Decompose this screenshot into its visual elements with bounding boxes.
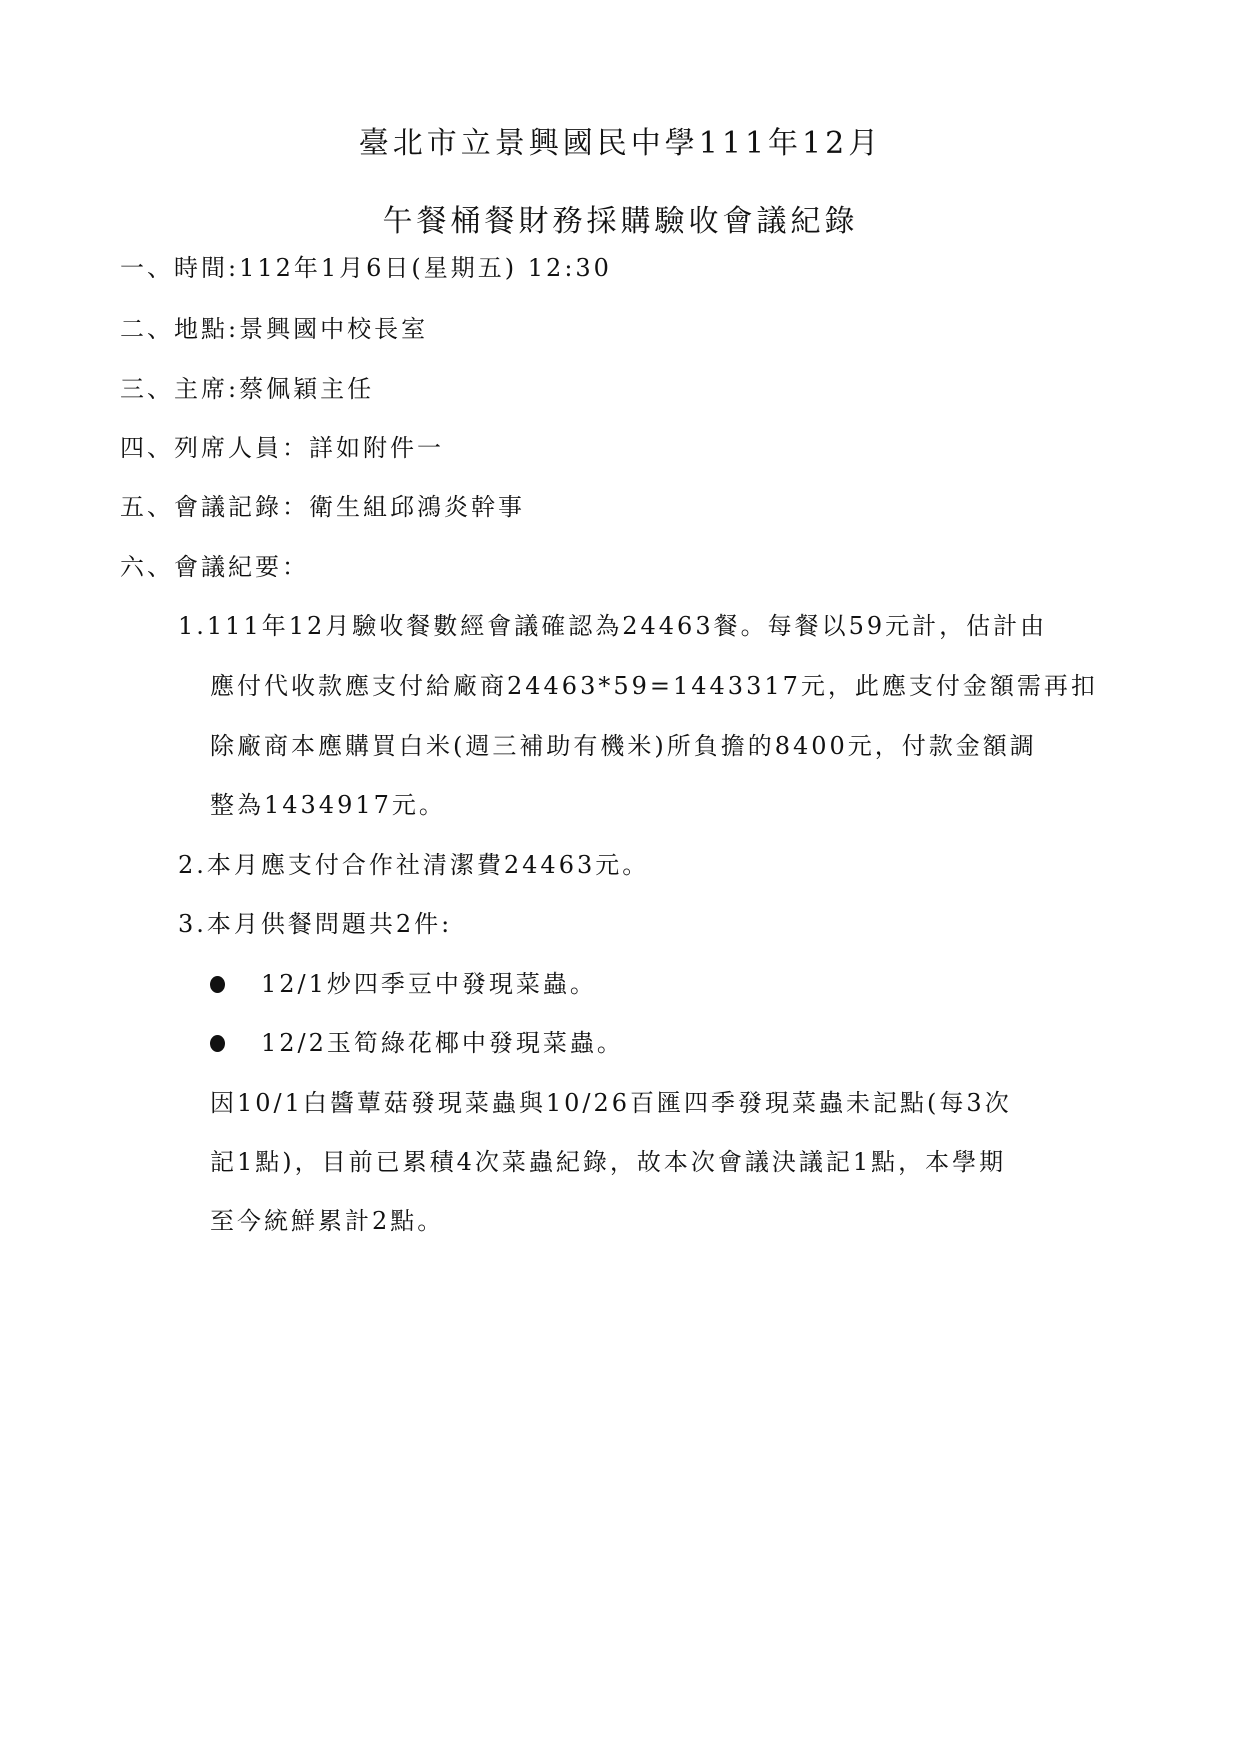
bullet-icon <box>210 1035 225 1052</box>
issue-bullet-2: 12/2玉筍綠花椰中發現菜蟲。 <box>210 1027 624 1059</box>
document-title-line2: 午餐桶餐財務採購驗收會議紀錄 <box>0 196 1241 240</box>
minutes-note-line1: 因10/1白醬蕈菇發現菜蟲與10/26百匯四季發現菜蟲未記點(每3次 <box>210 1087 1012 1119</box>
section-minutes-heading: 六、會議紀要： <box>120 551 309 583</box>
document-title-line1: 臺北市立景興國民中學111年12月 <box>0 118 1241 162</box>
minutes-item1-line2: 應付代收款應支付給廠商24463*59=1443317元，此應支付金額需再扣 <box>210 670 1098 702</box>
minutes-item1-line3: 除廠商本應購買白米(週三補助有機米)所負擔的8400元，付款金額調 <box>210 730 1037 762</box>
bullet-icon <box>210 976 225 993</box>
section-chair: 三、主席:蔡佩穎主任 <box>120 373 374 405</box>
minutes-note-line2: 記1點)，目前已累積4次菜蟲紀錄，故本次會議決議記1點，本學期 <box>210 1146 1006 1178</box>
issue-bullet-1: 12/1炒四季豆中發現菜蟲。 <box>210 968 597 1000</box>
minutes-item1-line1: 1.111年12月驗收餐數經會議確認為24463餐。每餐以59元計，估計由 <box>178 610 1047 642</box>
section-attendees: 四、列席人員：詳如附件一 <box>120 432 444 464</box>
minutes-note-line3: 至今統鮮累計2點。 <box>210 1205 444 1237</box>
minutes-item1-line4: 整為1434917元。 <box>210 789 446 821</box>
section-recorder: 五、會議記錄：衛生組邱鴻炎幹事 <box>120 491 525 523</box>
issue-text: 12/2玉筍綠花椰中發現菜蟲。 <box>261 1027 624 1059</box>
section-location: 二、地點:景興國中校長室 <box>120 313 428 345</box>
minutes-item2: 2.本月應支付合作社清潔費24463元。 <box>178 849 649 881</box>
document-page: 臺北市立景興國民中學111年12月 午餐桶餐財務採購驗收會議紀錄 一、時間:11… <box>0 0 1241 1755</box>
section-time: 一、時間:112年1月6日(星期五) 12:30 <box>120 252 612 284</box>
minutes-item3: 3.本月供餐問題共2件: <box>178 908 452 940</box>
issue-text: 12/1炒四季豆中發現菜蟲。 <box>261 968 597 1000</box>
